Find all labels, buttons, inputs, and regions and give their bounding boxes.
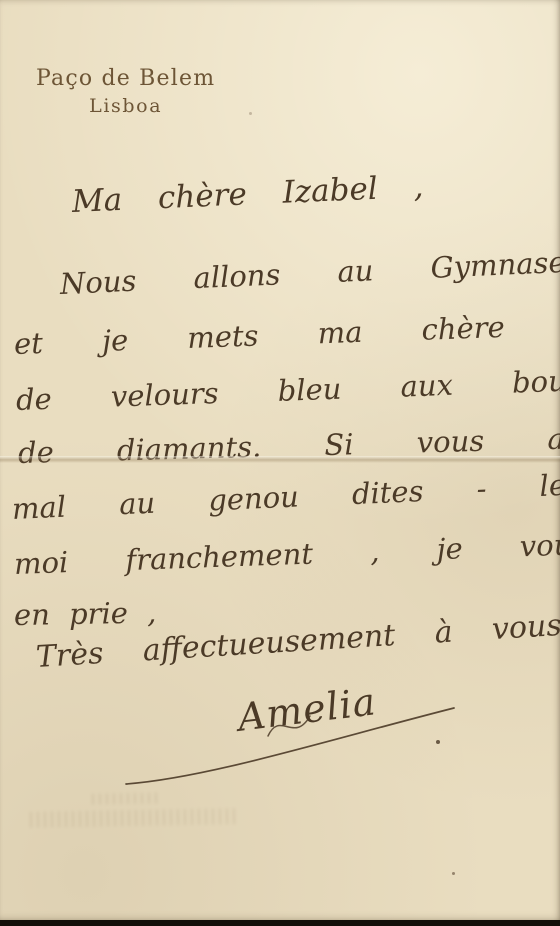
paper-speck — [249, 112, 252, 115]
letter-paper: Paço de Belem Lisboa Ma chère Izabel , N… — [0, 0, 560, 920]
faint-inscription — [30, 808, 235, 828]
letter-scan: Paço de Belem Lisboa Ma chère Izabel , N… — [0, 0, 560, 926]
body-line-7: en prie , — [14, 596, 157, 632]
body-line-3: de velours bleu aux boutons — [15, 362, 560, 417]
body-line-2: et je mets ma chère robe — [13, 305, 560, 361]
body-line-1: Nous allons au Gymnase , — [59, 242, 560, 301]
letterhead-palace: Paço de Belem — [36, 66, 215, 91]
body-line-6: moi franchement , je vous — [13, 527, 560, 581]
letterhead-city: Lisboa — [36, 95, 215, 117]
body-line-5: mal au genou dites - le — [11, 468, 560, 526]
paper-speck — [452, 872, 455, 875]
faint-inscription — [92, 792, 162, 804]
letterhead: Paço de Belem Lisboa — [36, 66, 215, 117]
fold-crease — [0, 456, 560, 463]
salutation: Ma chère Izabel , — [71, 169, 424, 220]
